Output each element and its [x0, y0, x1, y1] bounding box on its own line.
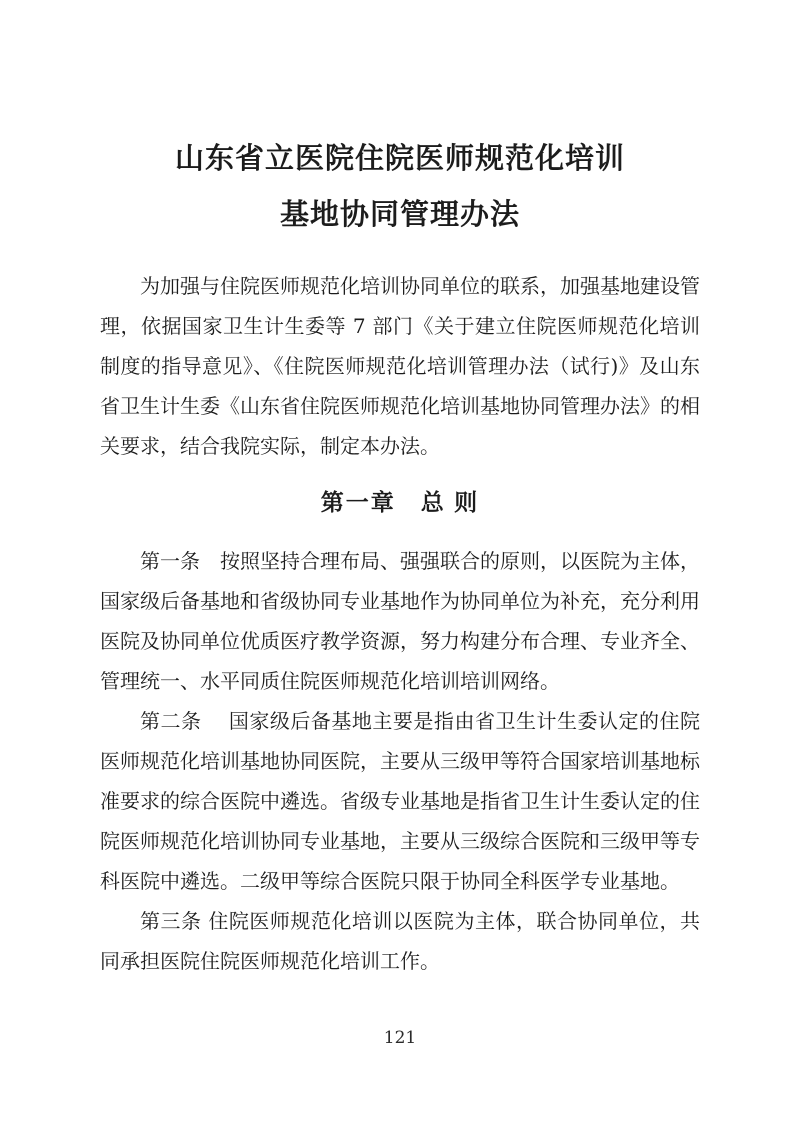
document-page: 山东省立医院住院医师规范化培训 基地协同管理办法 为加强与住院医师规范化培训协同…	[0, 0, 800, 1129]
page-number: 121	[0, 1028, 800, 1048]
chapter-heading: 第一章 总 则	[100, 482, 700, 522]
document-title-line2: 基地协同管理办法	[100, 186, 700, 242]
article-paragraph-3: 第三条 住院医师规范化培训以医院为主体，联合协同单位，共同承担医院住院医师规范化…	[100, 901, 700, 981]
intro-paragraph: 为加强与住院医师规范化培训协同单位的联系，加强基地建设管理，依据国家卫生计生委等…	[100, 266, 700, 466]
document-title: 山东省立医院住院医师规范化培训 基地协同管理办法	[100, 130, 700, 242]
document-title-line1: 山东省立医院住院医师规范化培训	[100, 130, 700, 186]
document-content: 山东省立医院住院医师规范化培训 基地协同管理办法 为加强与住院医师规范化培训协同…	[100, 0, 700, 981]
article-paragraph-2: 第二条 国家级后备基地主要是指由省卫生计生委认定的住院医师规范化培训基地协同医院…	[100, 701, 700, 901]
article-paragraph-1: 第一条 按照坚持合理布局、强强联合的原则，以医院为主体，国家级后备基地和省级协同…	[100, 541, 700, 701]
